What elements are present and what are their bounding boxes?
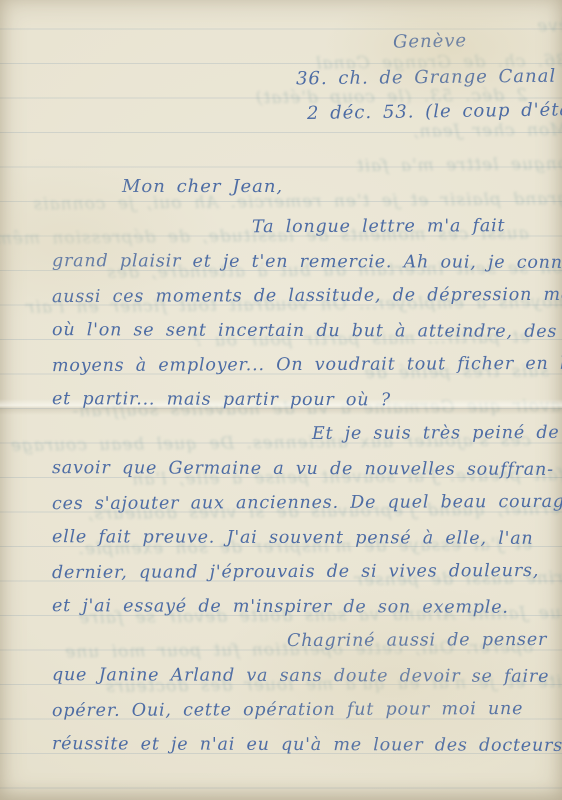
letter-line: où l'on se sent incertain du but à attei… — [52, 313, 550, 349]
letter-salutation: Mon cher Jean, — [122, 176, 283, 197]
letter-line: et partir... mais partir pour où ? — [52, 382, 550, 418]
letter-line: moyens à employer... On voudrait tout fi… — [52, 347, 550, 384]
letter-line: et j'ai essayé de m'inspirer de son exem… — [52, 589, 550, 625]
letter-place: Genève — [393, 30, 467, 52]
letter-body: Ta longue lettre m'a faitgrand plaisir e… — [52, 210, 550, 762]
letter-address: 36. ch. de Grange Canal — [296, 66, 556, 90]
letter-line: elle fait preuve. J'ai souvent pensé à e… — [52, 520, 550, 556]
letter-line: grand plaisir et je t'en remercie. Ah ou… — [52, 244, 550, 280]
letter-line: dernier, quand j'éprouvais de si vives d… — [52, 554, 550, 591]
letter-line: réussite et je n'ai eu qu'à me louer des… — [52, 727, 550, 763]
letter-line: aussi ces moments de lassitude, de dépre… — [52, 278, 550, 315]
letter-line: Et je suis très peiné de — [52, 416, 550, 453]
letter-line: savoir que Germaine a vu de nouvelles so… — [52, 451, 550, 487]
letter-line: Chagriné aussi de penser — [52, 623, 550, 660]
letter-date: 2 déc. 53. (le coup d'état) — [307, 99, 562, 124]
letter-line: que Janine Arland va sans doute devoir s… — [52, 658, 550, 694]
letter-line: Ta longue lettre m'a fait — [52, 209, 550, 246]
letter-line: ces s'ajouter aux anciennes. De quel bea… — [52, 485, 550, 522]
letter-page: Genève36. ch. de Grange Canal2 déc. 53. … — [0, 0, 562, 800]
letter-line: opérer. Oui, cette opération fut pour mo… — [52, 692, 550, 729]
